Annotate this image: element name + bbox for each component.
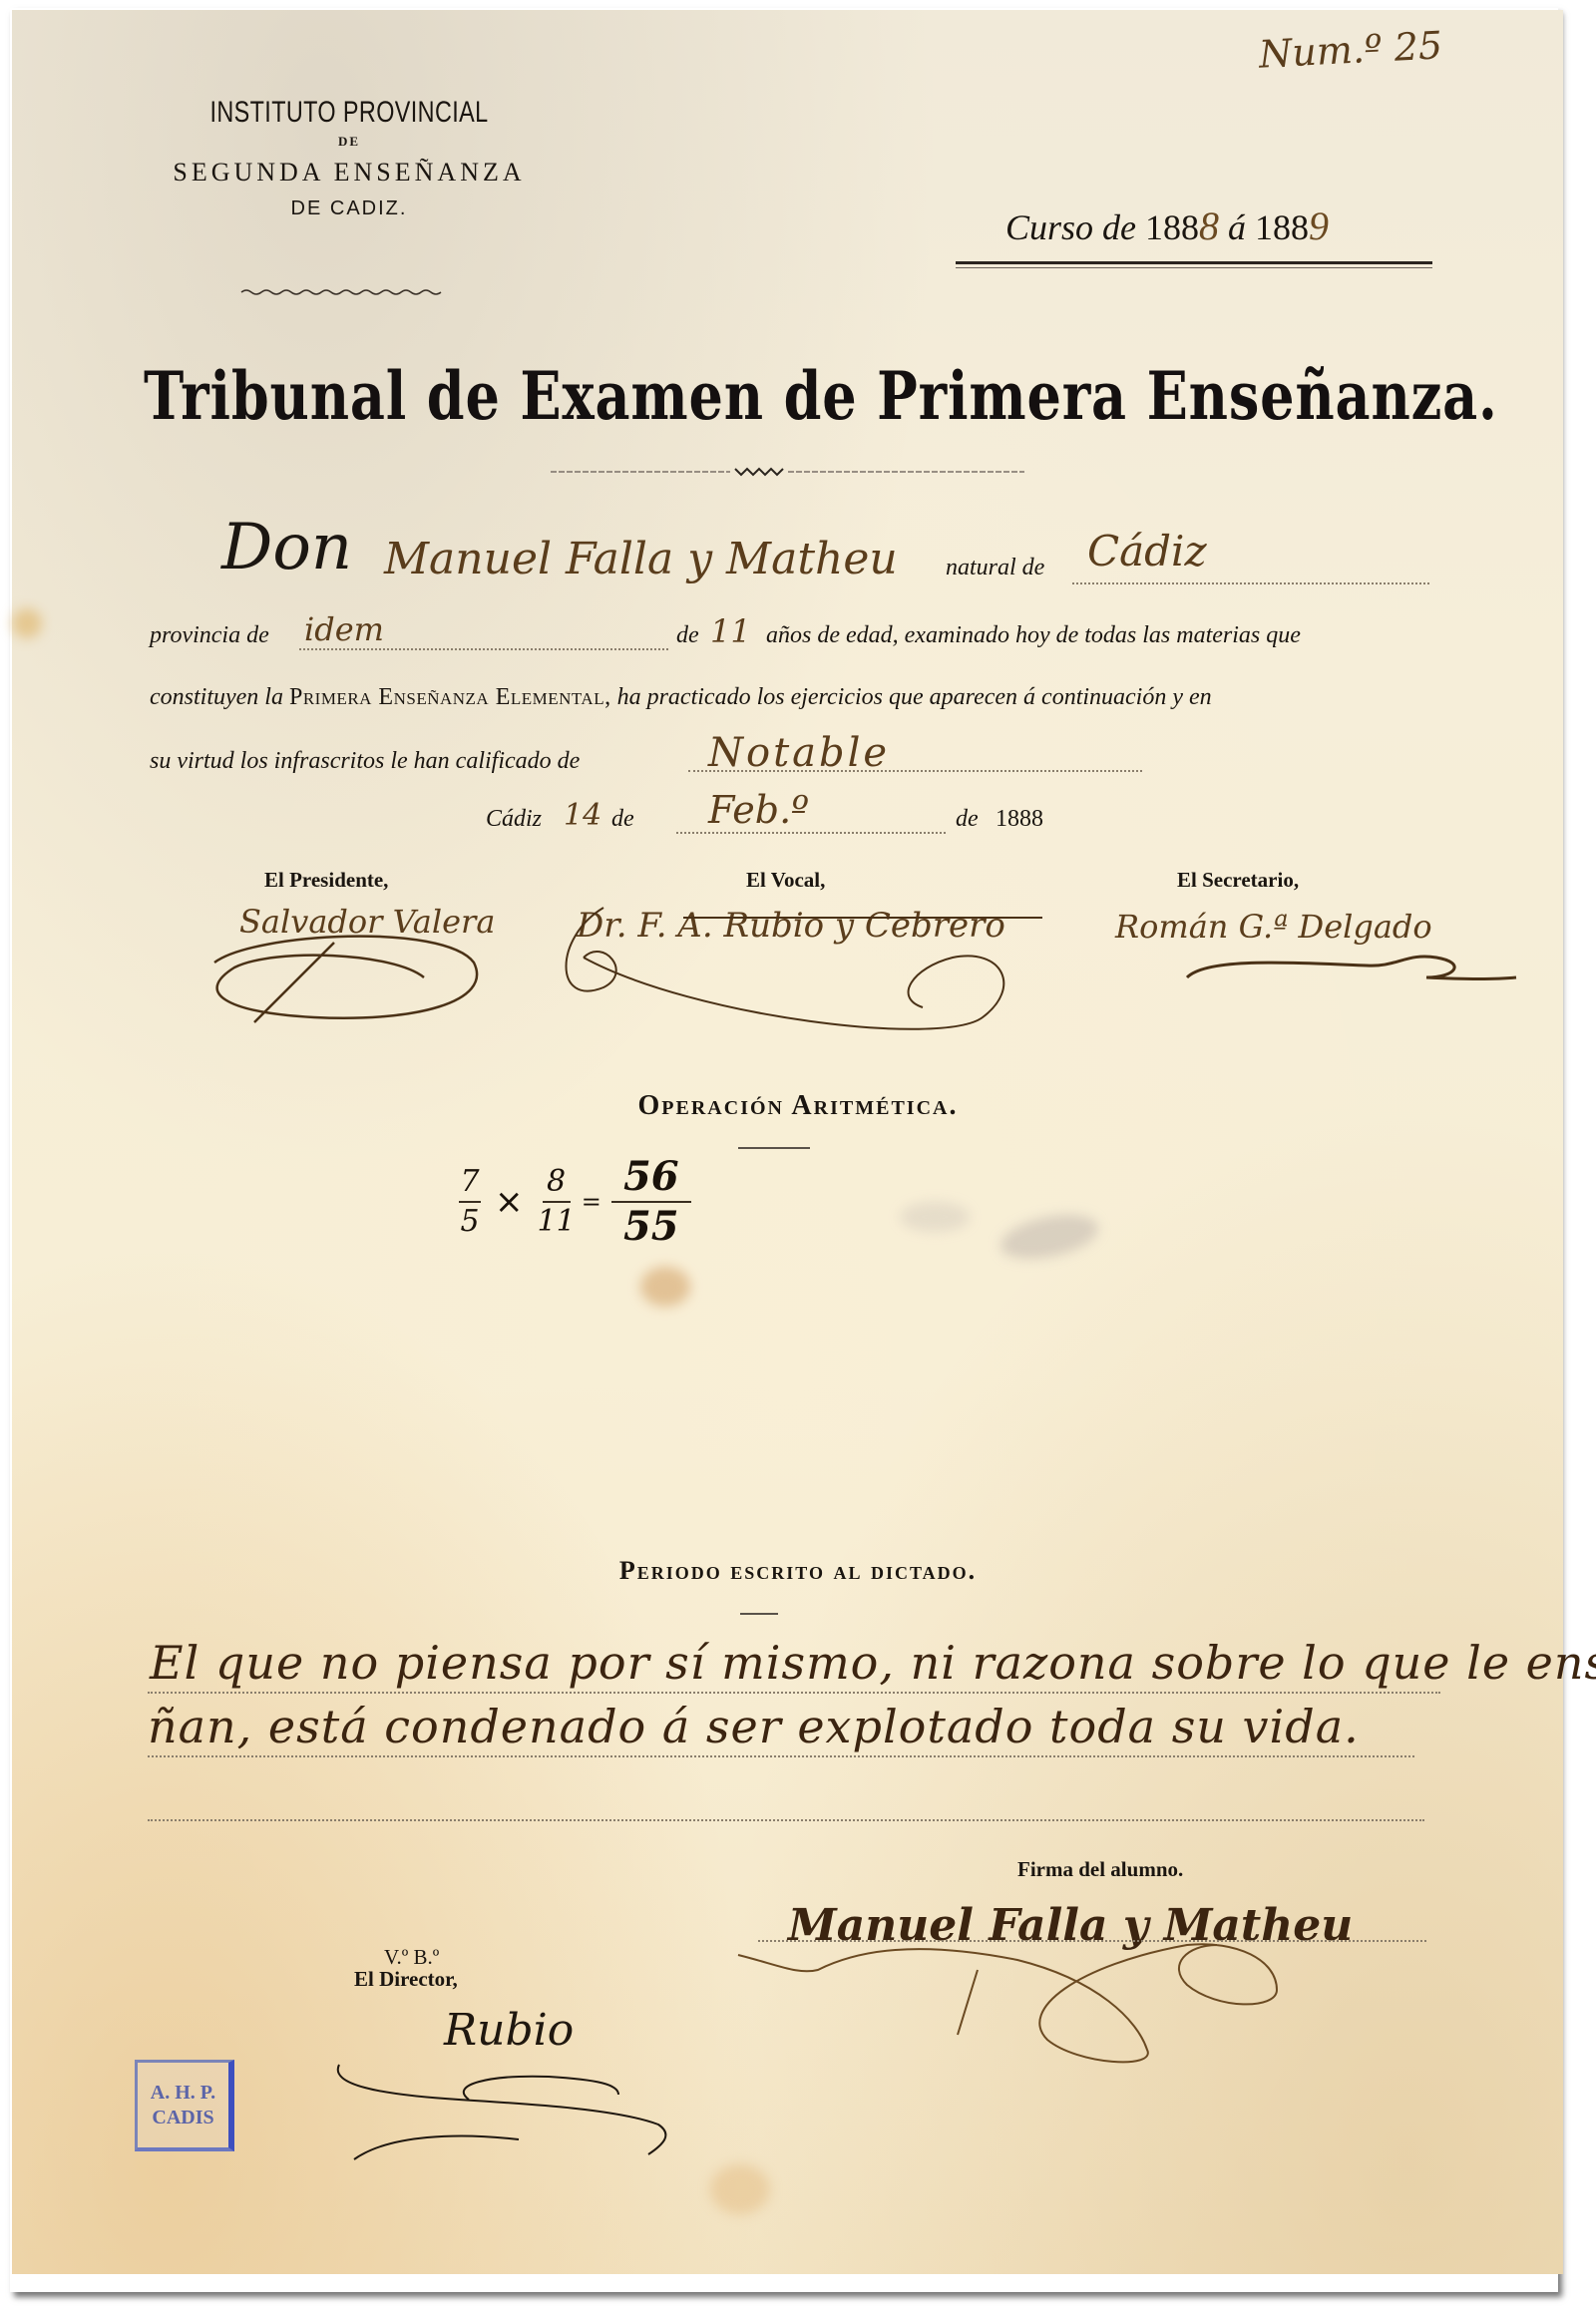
date-month-line <box>676 832 946 834</box>
header-line-2: DE <box>140 134 559 158</box>
date-de-1: de <box>611 806 634 833</box>
dictation-line-2: ñan, está condenado á ser explotado toda… <box>148 1700 1360 1753</box>
date-year: 1888 <box>996 806 1043 833</box>
student-signature-label: Firma del alumno. <box>1017 1857 1183 1882</box>
vocal-flourish <box>544 898 1072 1047</box>
age-prefix: de <box>676 622 699 649</box>
province-line <box>299 648 668 650</box>
course-year-start-handwritten: 8 <box>1199 203 1219 248</box>
multiply-operator: × <box>495 1182 524 1222</box>
date-de-2: de <box>956 806 979 833</box>
result-numerator: 56 <box>623 1157 679 1197</box>
course-year-start-printed: 188 <box>1145 207 1199 247</box>
subjects-level: Primera Enseñanza Elemental, <box>289 684 611 710</box>
paper-stain <box>640 1267 690 1307</box>
age: 11 <box>710 612 751 650</box>
header-line-1: INSTITUTO PROVINCIAL <box>186 96 513 132</box>
paper-stain <box>997 1207 1102 1267</box>
result-fraction: 56 55 <box>611 1157 691 1247</box>
date-day: 14 <box>564 798 601 833</box>
natural-de-label: natural de <box>946 555 1044 581</box>
institute-header: INSTITUTO PROVINCIAL DE SEGUNDA ENSEÑANZ… <box>140 96 559 227</box>
fraction-1: 7 5 <box>459 1167 481 1237</box>
equals-sign: = <box>582 1188 601 1216</box>
result-denominator: 55 <box>623 1207 679 1247</box>
birthplace-line <box>1072 582 1429 584</box>
birthplace: Cádiz <box>1087 527 1207 576</box>
grade-label: su virtud los infrascritos le han califi… <box>150 748 580 775</box>
student-name: Manuel Falla y Matheu <box>384 534 898 584</box>
course-rule-thick <box>956 261 1432 264</box>
director-signature: Rubio <box>444 2005 574 2056</box>
provincia-label: provincia de <box>150 622 269 649</box>
arithmetic-heading-rule <box>738 1147 810 1149</box>
course-years: Curso de 1888 á 1889 <box>1005 202 1329 249</box>
secretary-label: El Secretario, <box>1177 868 1299 893</box>
fraction-2: 8 11 <box>538 1167 576 1237</box>
secretary-flourish <box>1167 948 1526 997</box>
subjects-suffix: ha practicado los ejercicios que aparece… <box>617 684 1212 710</box>
archive-stamp: A. H. P. CADIS <box>135 2060 234 2151</box>
paper-stain <box>710 2164 770 2214</box>
document-title: Tribunal de Examen de Primera Enseñanza. <box>144 357 1452 435</box>
don-label: Don <box>221 511 352 584</box>
arithmetic-operation: 7 5 × 8 11 = 56 55 <box>459 1157 691 1247</box>
director-flourish <box>319 2055 698 2164</box>
date-month: Feb.º <box>708 788 809 832</box>
fraction-2-numerator: 8 <box>547 1167 566 1197</box>
fraction-2-denominator: 11 <box>538 1207 576 1237</box>
stamp-line-1: A. H. P. <box>151 2081 215 2106</box>
paper-stain <box>900 1202 970 1232</box>
president-label: El Presidente, <box>264 868 388 893</box>
student-signature-flourish <box>718 1940 1436 2070</box>
header-line-4: DE CADIZ. <box>140 197 559 227</box>
fraction-bar <box>543 1201 571 1203</box>
age-suffix: años de edad, examinado hoy de todas las… <box>766 622 1301 649</box>
grade-line <box>688 770 1142 772</box>
header-line-3: SEGUNDA ENSEÑANZA <box>140 158 559 197</box>
fraction-1-numerator: 7 <box>460 1167 479 1197</box>
course-year-end-printed: 188 <box>1255 207 1309 247</box>
subjects-prefix: constituyen la <box>150 684 283 710</box>
stamp-line-2: CADIS <box>152 2106 213 2130</box>
dictation-heading-rule <box>740 1613 778 1615</box>
dictation-rule-3 <box>148 1819 1424 1821</box>
title-ornament <box>551 465 1024 479</box>
course-label: Curso de <box>1005 207 1136 247</box>
paper-stain <box>12 608 42 638</box>
course-connector: á <box>1228 207 1246 247</box>
fraction-1-denominator: 5 <box>460 1207 479 1237</box>
director-label: El Director, <box>354 1967 458 1992</box>
president-flourish <box>195 923 494 1032</box>
date-place: Cádiz <box>486 806 542 833</box>
fraction-bar <box>459 1201 481 1203</box>
dictation-rule-1 <box>148 1692 1440 1694</box>
dictation-line-1: El que no piensa por sí mismo, ni razona… <box>150 1636 1596 1690</box>
dictation-rule-2 <box>148 1755 1414 1757</box>
secretary-signature: Román G.ª Delgado <box>1115 908 1432 946</box>
province: idem <box>304 610 384 648</box>
course-rule-thin <box>956 267 1432 268</box>
course-year-end-handwritten: 9 <box>1309 203 1329 248</box>
dictation-heading: Periodo escrito al dictado. <box>0 1556 1596 1586</box>
vocal-label: El Vocal, <box>746 868 825 893</box>
arithmetic-heading: Operación Aritmética. <box>0 1090 1596 1122</box>
subjects-line: constituyen la Primera Enseñanza Element… <box>150 684 1212 711</box>
header-ornament <box>239 287 449 297</box>
